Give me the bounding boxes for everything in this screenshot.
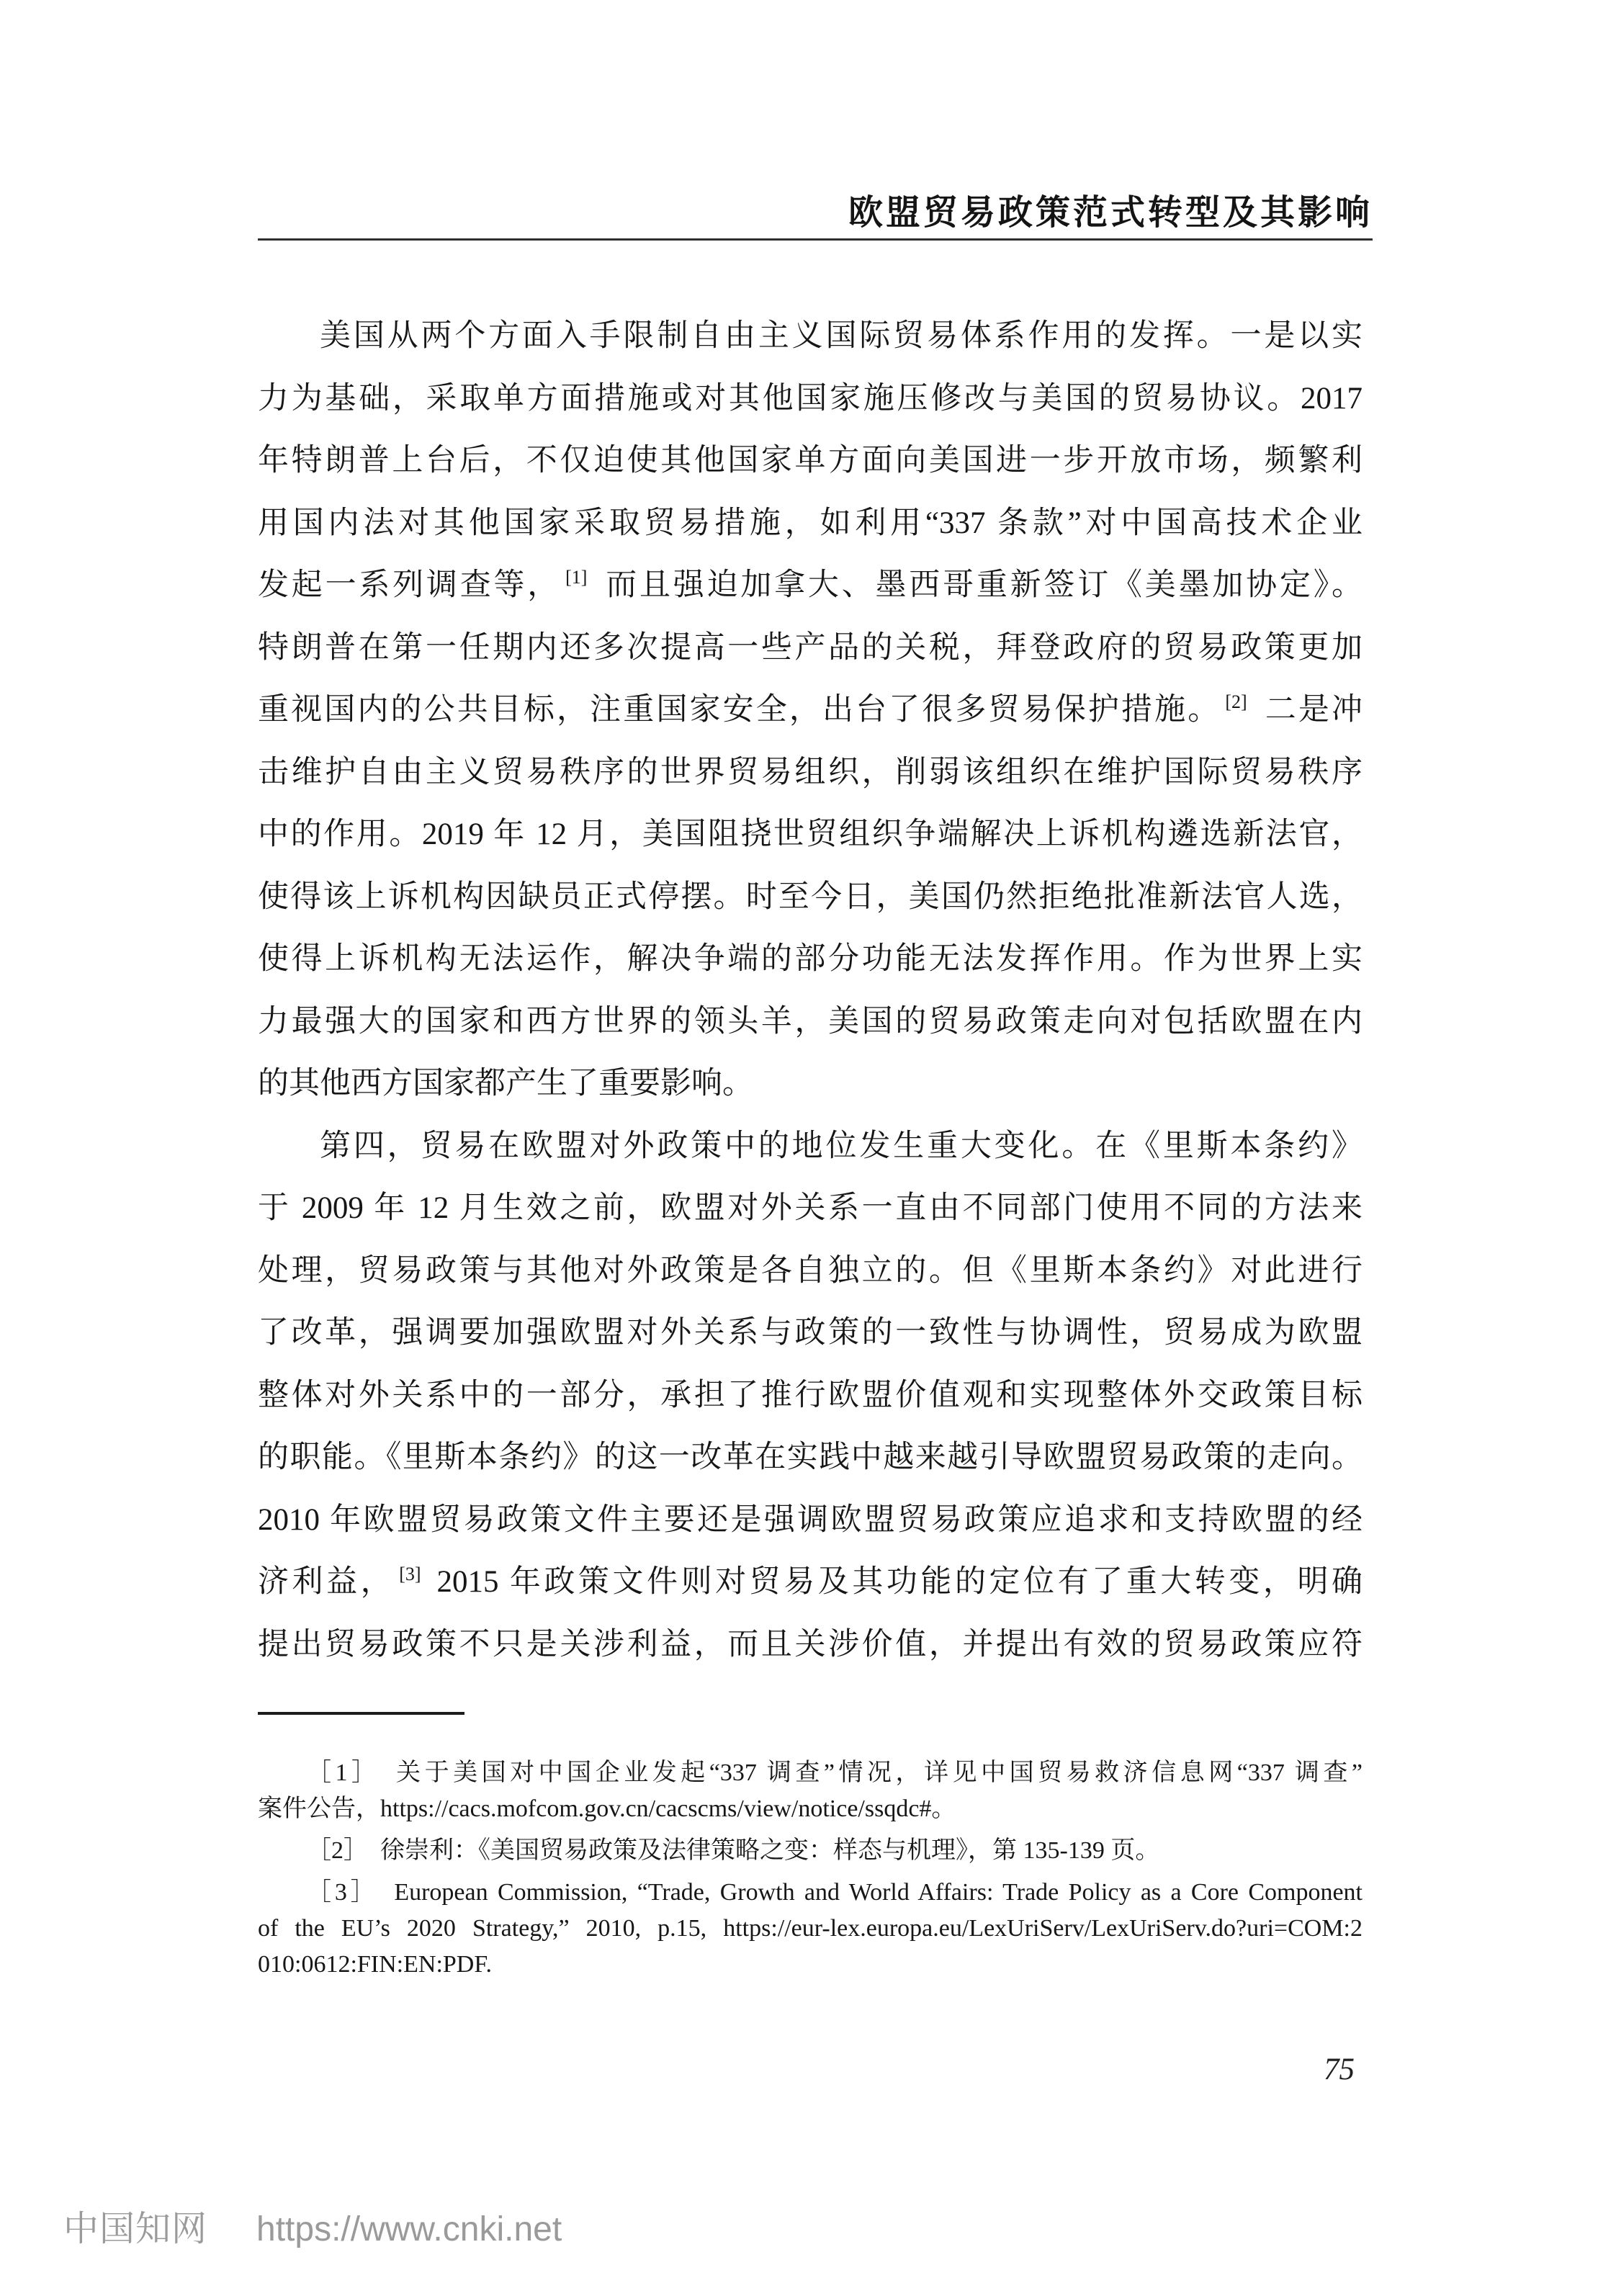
footnote-line: 010:0612:FIN:EN:PDF. — [258, 1947, 1363, 1983]
body-line: 处理，贸易政策与其他对外政策是各自独立的。但《里斯本条约》对此进行 — [258, 1240, 1363, 1303]
page-number: 75 — [1324, 2052, 1355, 2087]
body-line: 于 2009 年 12 月生效之前，欧盟对外关系一直由不同部门使用不同的方法来 — [258, 1178, 1363, 1240]
page-footer: 中国知网 https://www.cnki.net — [63, 2201, 562, 2251]
footnote-ref-2: [2] — [1225, 691, 1247, 712]
footnote-divider — [258, 1712, 464, 1715]
footnote-item-2: ［2］ 徐崇利：《美国贸易政策及法律策略之变：样态与机理》，第 135-139 … — [258, 1833, 1363, 1869]
footnotes-section: ［1］ 关于美国对中国企业发起“337 调查”情况，详见中国贸易救济信息网“33… — [258, 1755, 1363, 1983]
footnote-item-1: ［1］ 关于美国对中国企业发起“337 调查”情况，详见中国贸易救济信息网“33… — [258, 1755, 1363, 1827]
body-line: 2010 年欧盟贸易政策文件主要还是强调欧盟贸易政策应追求和支持欧盟的经 — [258, 1489, 1363, 1552]
footnote-line: ［1］ 关于美国对中国企业发起“337 调查”情况，详见中国贸易救济信息网“33… — [258, 1755, 1363, 1791]
body-line-text: 济利益， — [258, 1565, 395, 1599]
body-line-text: 2015 年政策文件则对贸易及其功能的定位有了重大转变，明确 — [437, 1565, 1363, 1599]
body-line: 击维护自由主义贸易秩序的世界贸易组织，削弱该组织在维护国际贸易秩序 — [258, 742, 1363, 804]
body-line: 整体对外关系中的一部分，承担了推行欧盟价值观和实现整体外交政策目标 — [258, 1365, 1363, 1427]
body-line-text: 而且强迫加拿大、墨西哥重新签订《美墨加协定》。 — [603, 568, 1363, 602]
body-line: 用国内法对其他国家采取贸易措施，如利用“337 条款”对中国高技术企业 — [258, 493, 1363, 555]
page-header-title: 欧盟贸易政策范式转型及其影响 — [848, 184, 1373, 234]
body-line: 力最强大的国家和西方世界的领头羊，美国的贸易政策走向对包括欧盟在内 — [258, 991, 1363, 1054]
document-page: 欧盟贸易政策范式转型及其影响 美国从两个方面入手限制自由主义国际贸易体系作用的发… — [0, 0, 1616, 2296]
body-line-text: 二是冲 — [1263, 693, 1363, 727]
body-line: 的职能。《里斯本条约》的这一改革在实践中越来越引导欧盟贸易政策的走向。 — [258, 1427, 1363, 1489]
footnote-ref-1: [1] — [565, 567, 587, 588]
body-line: 了改革，强调要加强欧盟对外关系与政策的一致性与协调性，贸易成为欧盟 — [258, 1302, 1363, 1365]
body-line: 第四，贸易在欧盟对外政策中的地位发生重大变化。在《里斯本条约》 — [258, 1116, 1363, 1178]
footnote-line: ［2］ 徐崇利：《美国贸易政策及法律策略之变：样态与机理》，第 135-139 … — [258, 1833, 1363, 1869]
body-line: 使得上诉机构无法运作，解决争端的部分功能无法发挥作用。作为世界上实 — [258, 928, 1363, 991]
body-line: 济利益，[3]2015 年政策文件则对贸易及其功能的定位有了重大转变，明确 — [258, 1551, 1363, 1614]
footnote-ref-3: [3] — [399, 1564, 421, 1584]
body-line: 使得该上诉机构因缺员正式停摆。时至今日，美国仍然拒绝批准新法官人选， — [258, 866, 1363, 929]
cnki-brand: 中国知网 — [63, 2201, 207, 2251]
body-line: 特朗普在第一任期内还多次提高一些产品的关税，拜登政府的贸易政策更加 — [258, 617, 1363, 680]
body-line: 美国从两个方面入手限制自由主义国际贸易体系作用的发挥。一是以实 — [258, 305, 1363, 368]
article-body: 美国从两个方面入手限制自由主义国际贸易体系作用的发挥。一是以实 力为基础，采取单… — [258, 305, 1363, 1676]
body-line: 发起一系列调查等，[1]而且强迫加拿大、墨西哥重新签订《美墨加协定》。 — [258, 555, 1363, 617]
footnote-line: of the EU’s 2020 Strategy,” 2010, p.15, … — [258, 1911, 1363, 1947]
body-line-text: 重视国内的公共目标，注重国家安全，出台了很多贸易保护措施。 — [258, 693, 1221, 727]
cnki-url: https://www.cnki.net — [256, 2210, 562, 2249]
body-line: 重视国内的公共目标，注重国家安全，出台了很多贸易保护措施。[2]二是冲 — [258, 679, 1363, 742]
body-line: 提出贸易政策不只是关涉利益，而且关涉价值，并提出有效的贸易政策应符 — [258, 1614, 1363, 1677]
body-line: 中的作用。2019 年 12 月，美国阻挠世贸组织争端解决上诉机构遴选新法官， — [258, 804, 1363, 866]
header-divider — [258, 238, 1373, 241]
body-line-text: 发起一系列调查等， — [258, 568, 561, 602]
body-line: 力为基础，采取单方面措施或对其他国家施压修改与美国的贸易协议。2017 — [258, 368, 1363, 431]
footnote-line: ［3］ European Commission, “Trade, Growth … — [258, 1875, 1363, 1911]
footnote-line: 案件公告，https://cacs.mofcom.gov.cn/cacscms/… — [258, 1791, 1363, 1827]
body-line: 年特朗普上台后，不仅迫使其他国家单方面向美国进一步开放市场，频繁利 — [258, 430, 1363, 493]
footnote-item-3: ［3］ European Commission, “Trade, Growth … — [258, 1875, 1363, 1983]
body-line: 的其他西方国家都产生了重要影响。 — [258, 1053, 1363, 1116]
